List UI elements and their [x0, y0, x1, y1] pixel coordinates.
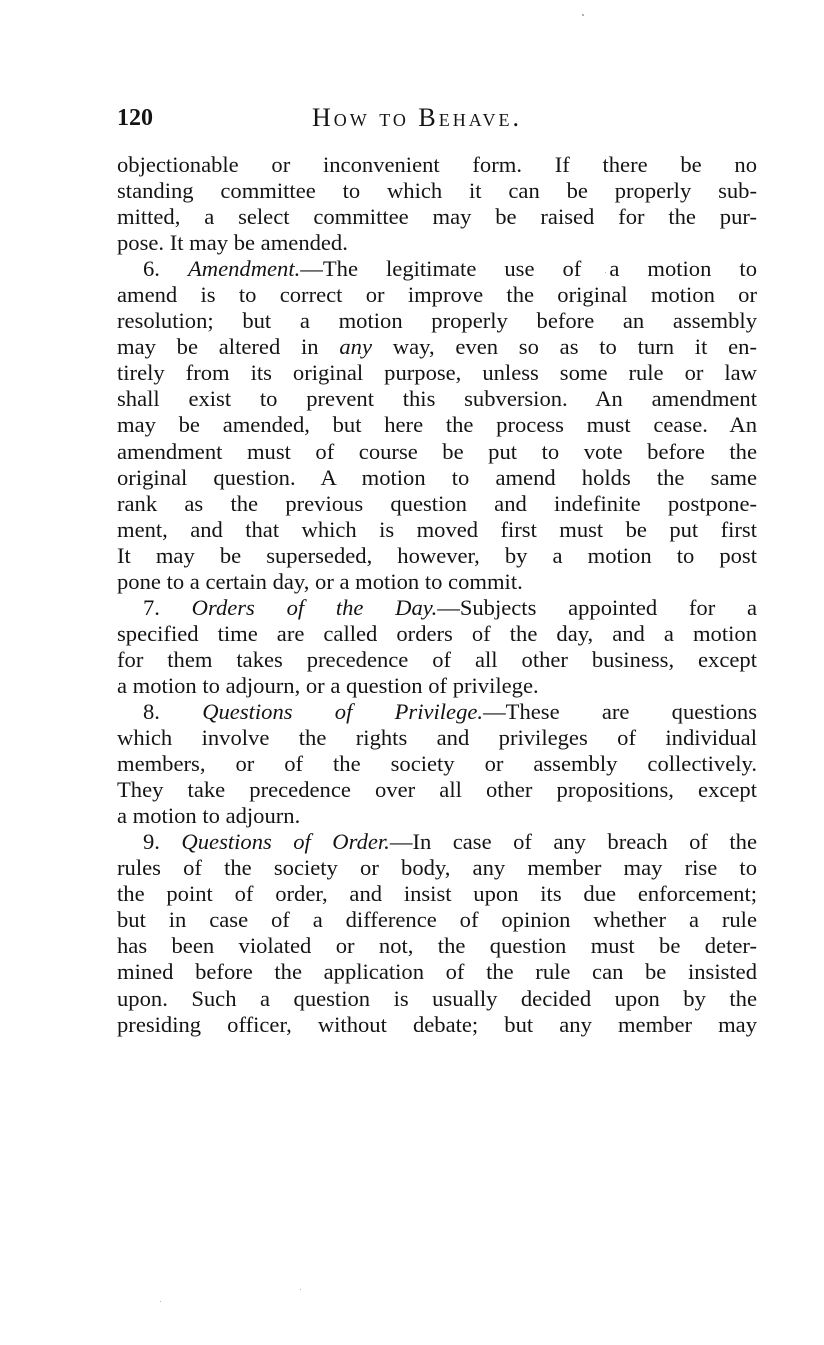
text-line: mitted, a select committee may be raised…	[117, 204, 757, 230]
emphasis-word: any	[339, 334, 372, 359]
paragraph-lead-line: 6. Amendment.—The legitimate use of a mo…	[117, 256, 757, 282]
text-line: rules of the society or body, any member…	[117, 855, 757, 881]
section-number: 7.	[143, 595, 160, 620]
text-line: for them takes precedence of all other b…	[117, 647, 757, 673]
lead-text: —These are questions	[483, 699, 757, 724]
text-line: objectionable or inconvenient form. If t…	[117, 152, 757, 178]
text-line: resolution; but a motion properly before…	[117, 308, 757, 334]
lead-text: —Subjects appointed for a	[437, 595, 757, 620]
text-line: the point of order, and insist upon its …	[117, 881, 757, 907]
text-line: has been violated or not, the question m…	[117, 933, 757, 959]
text-line: a motion to adjourn, or a question of pr…	[117, 673, 757, 699]
line-fragment: may be altered in	[117, 334, 319, 359]
text-line: original question. A motion to amend hol…	[117, 465, 757, 491]
paragraph-lead-line: 7. Orders of the Day.—Subjects appointed…	[117, 595, 757, 621]
section-heading: Amendment.	[188, 256, 300, 281]
text-line: a motion to adjourn.	[117, 803, 757, 829]
running-title: How to Behave.	[312, 98, 522, 138]
paragraph-lead-line: 8. Questions of Privilege.—These are que…	[117, 699, 757, 725]
section-heading: Orders of the Day.	[192, 595, 438, 620]
line-fragment: way, even so as to turn it en-	[393, 334, 757, 359]
text-line: may be amended, but here the process mus…	[117, 412, 757, 438]
paragraph-questions-of-order: 9. Questions of Order.—In case of any br…	[117, 829, 757, 1037]
paragraph-orders-of-the-day: 7. Orders of the Day.—Subjects appointed…	[117, 595, 757, 699]
section-heading: Questions of Order.	[181, 829, 389, 854]
paragraph-committee-continuation: objectionable or inconvenient form. If t…	[117, 152, 757, 256]
text-line-with-emphasis: may be altered in any way, even so as to…	[117, 334, 757, 360]
scan-speck	[160, 1301, 161, 1302]
text-line: mined before the application of the rule…	[117, 959, 757, 985]
text-line: amendment must of course be put to vote …	[117, 439, 757, 465]
text-line: pose. It may be amended.	[117, 230, 757, 256]
page-number: 120	[117, 98, 153, 138]
text-line: members, or of the society or assembly c…	[117, 751, 757, 777]
section-number: 8.	[143, 699, 160, 724]
section-heading: Questions of Privilege.	[202, 699, 483, 724]
body-text: objectionable or inconvenient form. If t…	[117, 152, 757, 1038]
text-line: They take precedence over all other prop…	[117, 777, 757, 803]
text-line: but in case of a difference of opinion w…	[117, 907, 757, 933]
text-line: which involve the rights and privileges …	[117, 725, 757, 751]
book-page: 120 How to Behave. objectionable or inco…	[117, 98, 757, 1038]
text-line: rank as the previous question and indefi…	[117, 491, 757, 517]
text-line: It may be superseded, however, by a moti…	[117, 543, 757, 569]
text-line: amend is to correct or improve the origi…	[117, 282, 757, 308]
text-line: specified time are called orders of the …	[117, 621, 757, 647]
text-line: upon. Such a question is usually decided…	[117, 986, 757, 1012]
section-number: 9.	[143, 829, 160, 854]
lead-text: —The legitimate use of a motion to	[300, 256, 757, 281]
text-line: pone to a certain day, or a motion to co…	[117, 569, 757, 595]
text-line: standing committee to which it can be pr…	[117, 178, 757, 204]
text-line: tirely from its original purpose, unless…	[117, 360, 757, 386]
scan-speck	[300, 1289, 301, 1290]
text-line: shall exist to prevent this subversion. …	[117, 386, 757, 412]
lead-text: —In case of any breach of the	[390, 829, 757, 854]
paragraph-lead-line: 9. Questions of Order.—In case of any br…	[117, 829, 757, 855]
paragraph-amendment: 6. Amendment.—The legitimate use of a mo…	[117, 256, 757, 595]
text-line: ment, and that which is moved first must…	[117, 517, 757, 543]
running-header: 120 How to Behave.	[117, 98, 757, 138]
section-number: 6.	[143, 256, 160, 281]
paragraph-questions-of-privilege: 8. Questions of Privilege.—These are que…	[117, 699, 757, 829]
scan-speck	[582, 14, 584, 16]
text-line: presiding officer, without debate; but a…	[117, 1012, 757, 1038]
